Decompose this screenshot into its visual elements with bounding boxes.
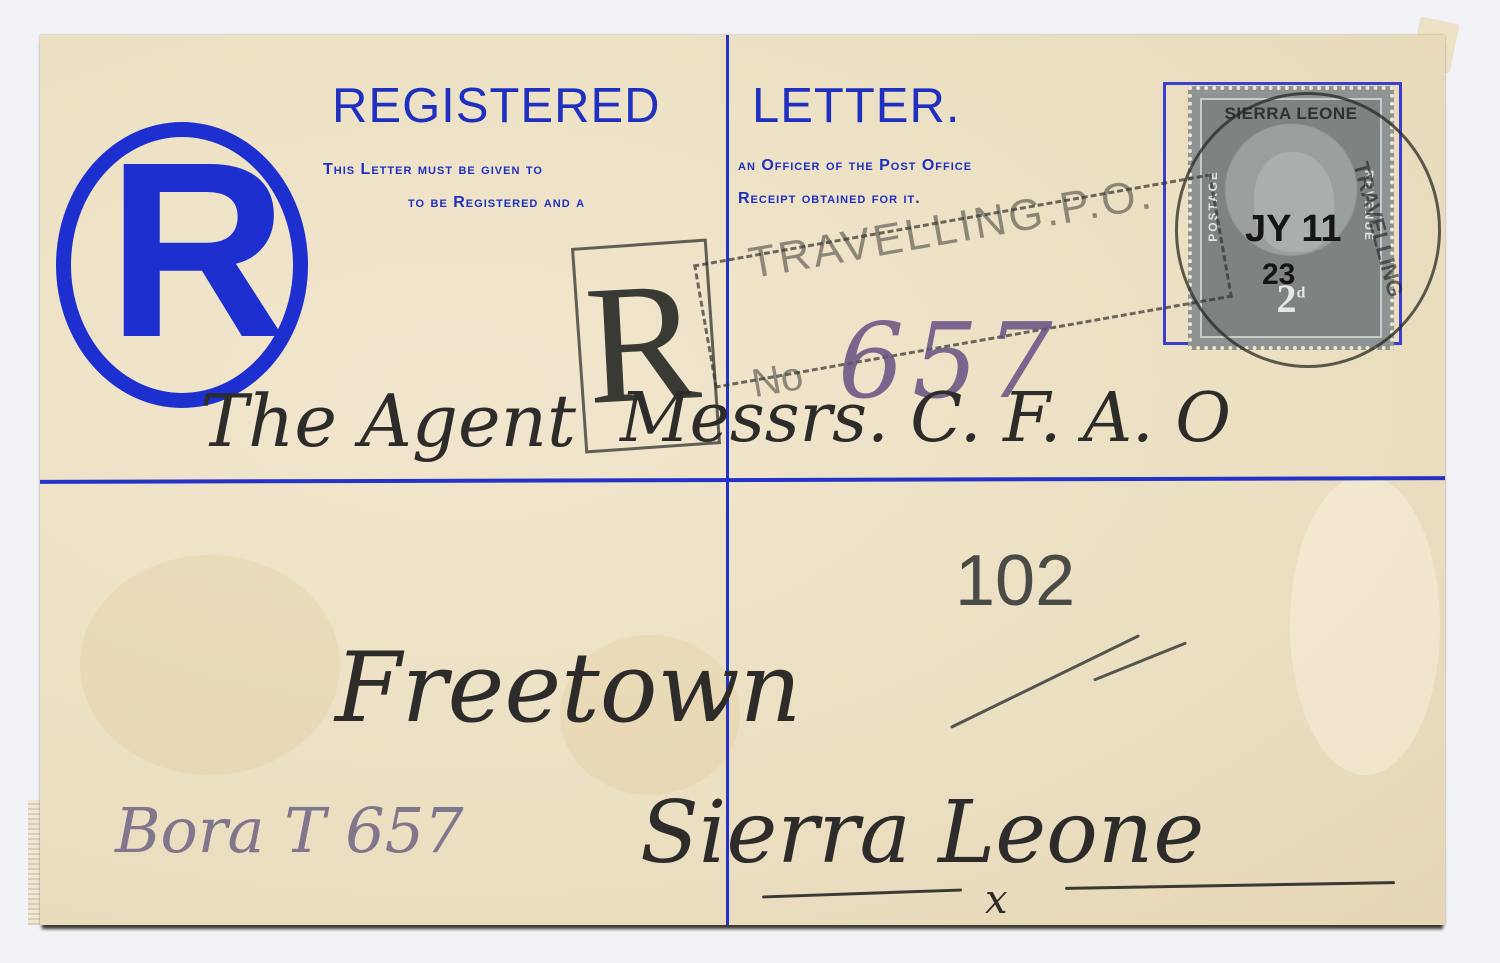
- pencil-note: Bora T 657: [115, 800, 464, 862]
- paper-stain: [80, 555, 340, 775]
- fee-note: 102: [955, 545, 1075, 617]
- instruction-line1-left: This Letter must be given to: [323, 162, 543, 178]
- title-registered: REGISTERED: [332, 82, 661, 131]
- title-letter: LETTER.: [752, 82, 960, 131]
- paper-crease: [1290, 475, 1440, 775]
- instruction-line1-right: an Officer of the Post Office: [738, 158, 972, 174]
- cross-mark: x: [985, 880, 1008, 920]
- postmark-date-line1: JY 11: [1245, 208, 1342, 251]
- registered-emblem-letter: R: [107, 140, 257, 360]
- postmark-date-line2: 23: [1262, 258, 1295, 292]
- address-line2: Freetown: [335, 640, 802, 736]
- address-line1-a: The Agent: [200, 385, 576, 457]
- instruction-line2-left: to be Registered and a: [408, 195, 585, 211]
- instruction-line2-right: Receipt obtained for it.: [738, 191, 921, 207]
- address-line3: Sierra Leone: [640, 790, 1204, 876]
- address-line1-b: Messrs. C. F. A. O: [620, 385, 1231, 453]
